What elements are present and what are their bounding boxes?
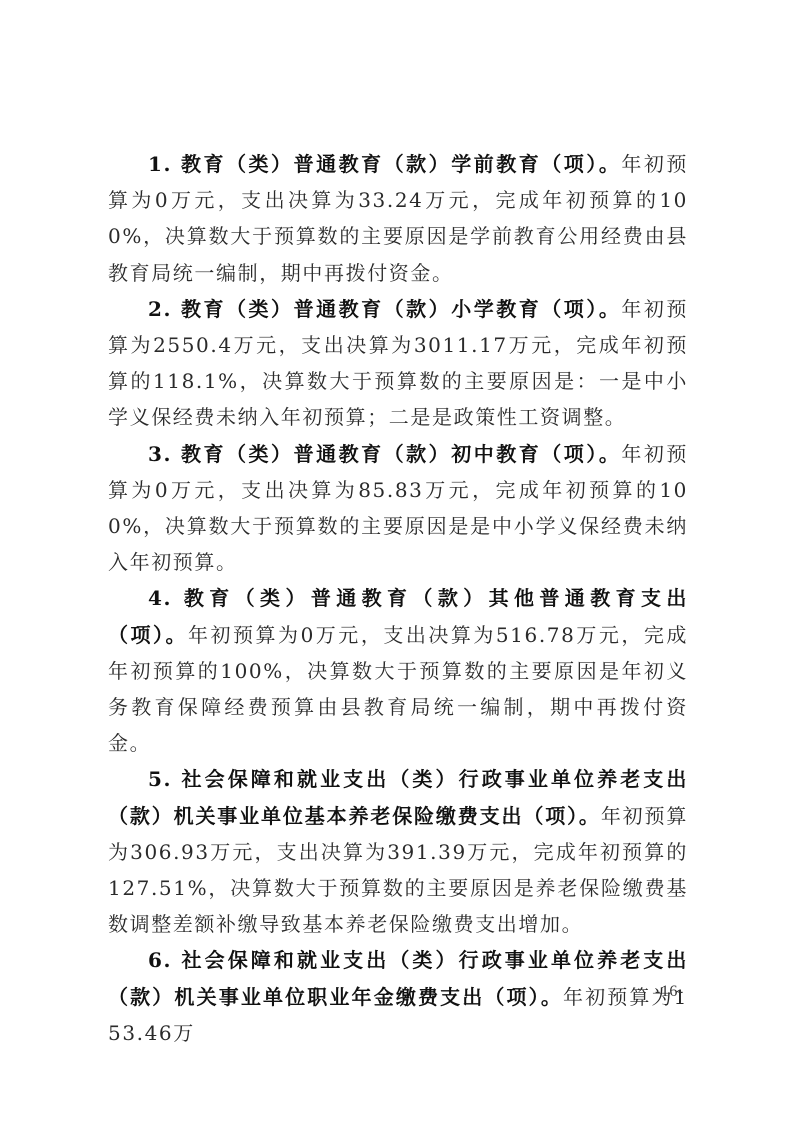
page-number: -16- xyxy=(655,983,684,1001)
document-body: 1. 教育（类）普通教育（款）学前教育（项）。年初预算为0万元，支出决算为33.… xyxy=(108,146,688,1051)
paragraph-number: 2. xyxy=(148,297,172,321)
paragraph-number: 3. xyxy=(148,442,172,466)
paragraph-item-1: 1. 教育（类）普通教育（款）学前教育（项）。年初预算为0万元，支出决算为33.… xyxy=(108,146,688,291)
paragraph-heading: 教育（类）普通教育（款）初中教育（项）。 xyxy=(181,442,621,466)
paragraph-number: 6. xyxy=(148,948,172,972)
paragraph-number: 4. xyxy=(148,586,172,610)
paragraph-item-5: 5. 社会保障和就业支出（类）行政事业单位养老支出（款）机关事业单位基本养老保险… xyxy=(108,761,688,942)
document-page: 1. 教育（类）普通教育（款）学前教育（项）。年初预算为0万元，支出决算为33.… xyxy=(0,0,793,1122)
paragraph-item-4: 4. 教育（类）普通教育（款）其他普通教育支出（项）。年初预算为0万元，支出决算… xyxy=(108,580,688,761)
paragraph-number: 5. xyxy=(148,767,172,791)
paragraph-body: 年初预算为0万元，支出决算为516.78万元，完成年初预算的100%，决算数大于… xyxy=(108,623,688,756)
paragraph-number: 1. xyxy=(148,152,172,176)
paragraph-item-6: 6. 社会保障和就业支出（类）行政事业单位养老支出（款）机关事业单位职业年金缴费… xyxy=(108,942,688,1051)
paragraph-item-3: 3. 教育（类）普通教育（款）初中教育（项）。年初预算为0万元，支出决算为85.… xyxy=(108,436,688,581)
paragraph-heading: 教育（类）普通教育（款）小学教育（项）。 xyxy=(181,297,621,321)
paragraph-item-2: 2. 教育（类）普通教育（款）小学教育（项）。年初预算为2550.4万元，支出决… xyxy=(108,291,688,436)
paragraph-heading: 教育（类）普通教育（款）学前教育（项）。 xyxy=(181,152,621,176)
